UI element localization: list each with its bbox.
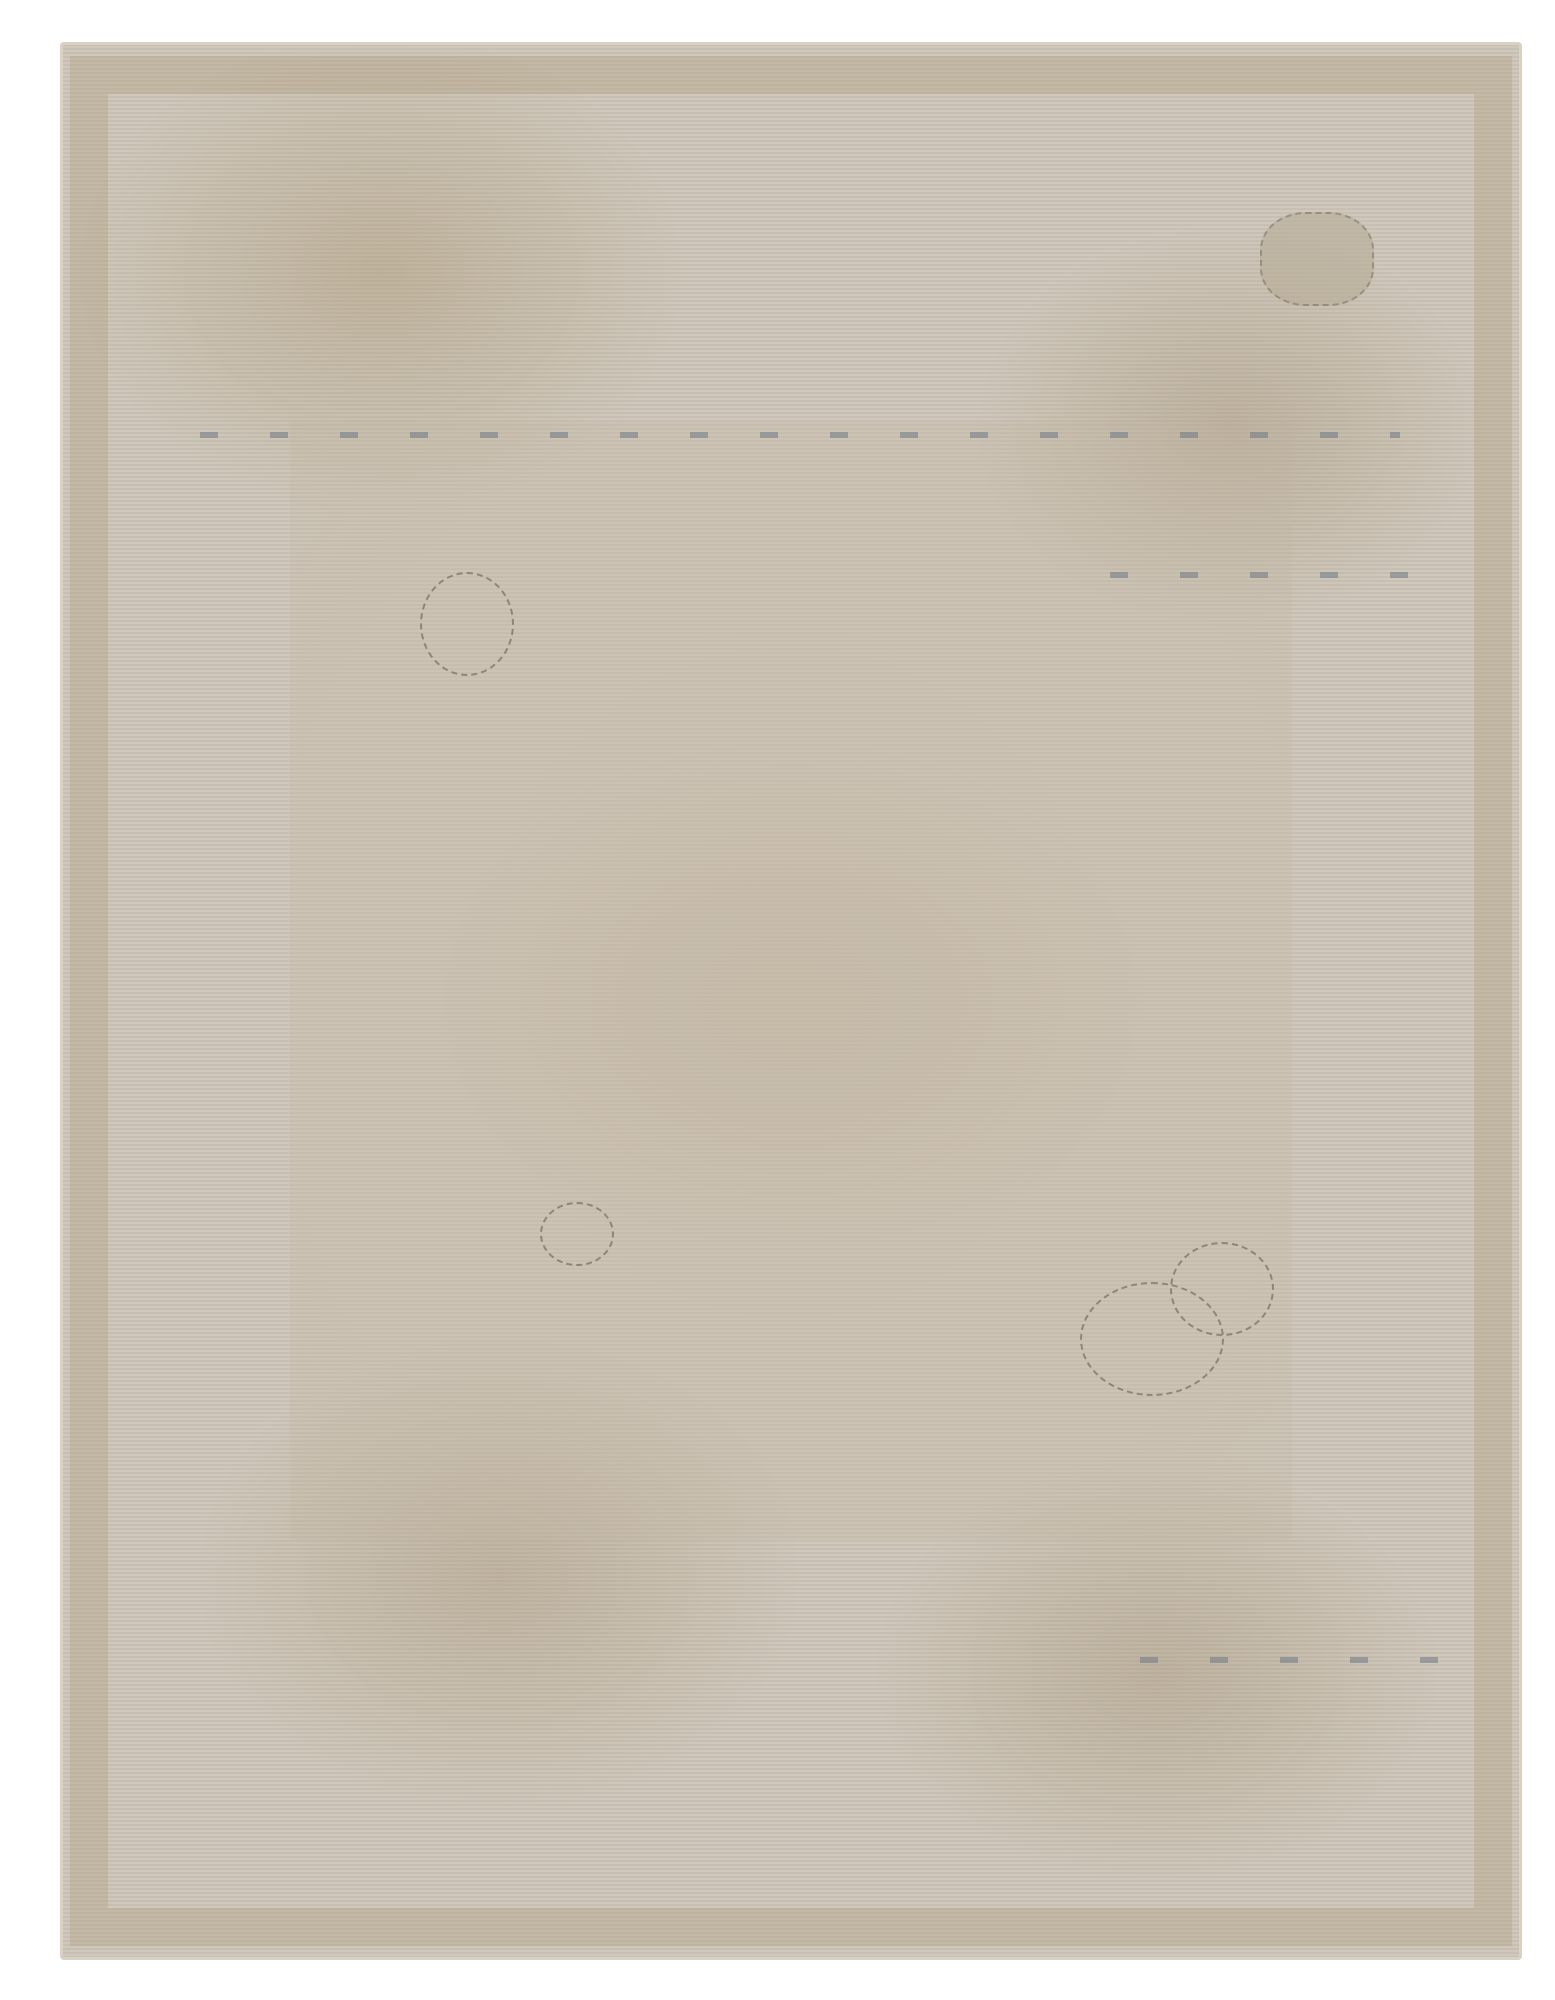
upper-motif-row [200, 432, 1400, 438]
side-motif-row [1110, 572, 1430, 578]
lower-motif-row [1140, 1657, 1440, 1663]
repair-ring-center [540, 1202, 614, 1266]
repair-patch [1260, 212, 1374, 306]
repair-ring-right-2 [1170, 1242, 1274, 1336]
repair-ring-left [420, 572, 514, 676]
rug [60, 42, 1522, 1960]
